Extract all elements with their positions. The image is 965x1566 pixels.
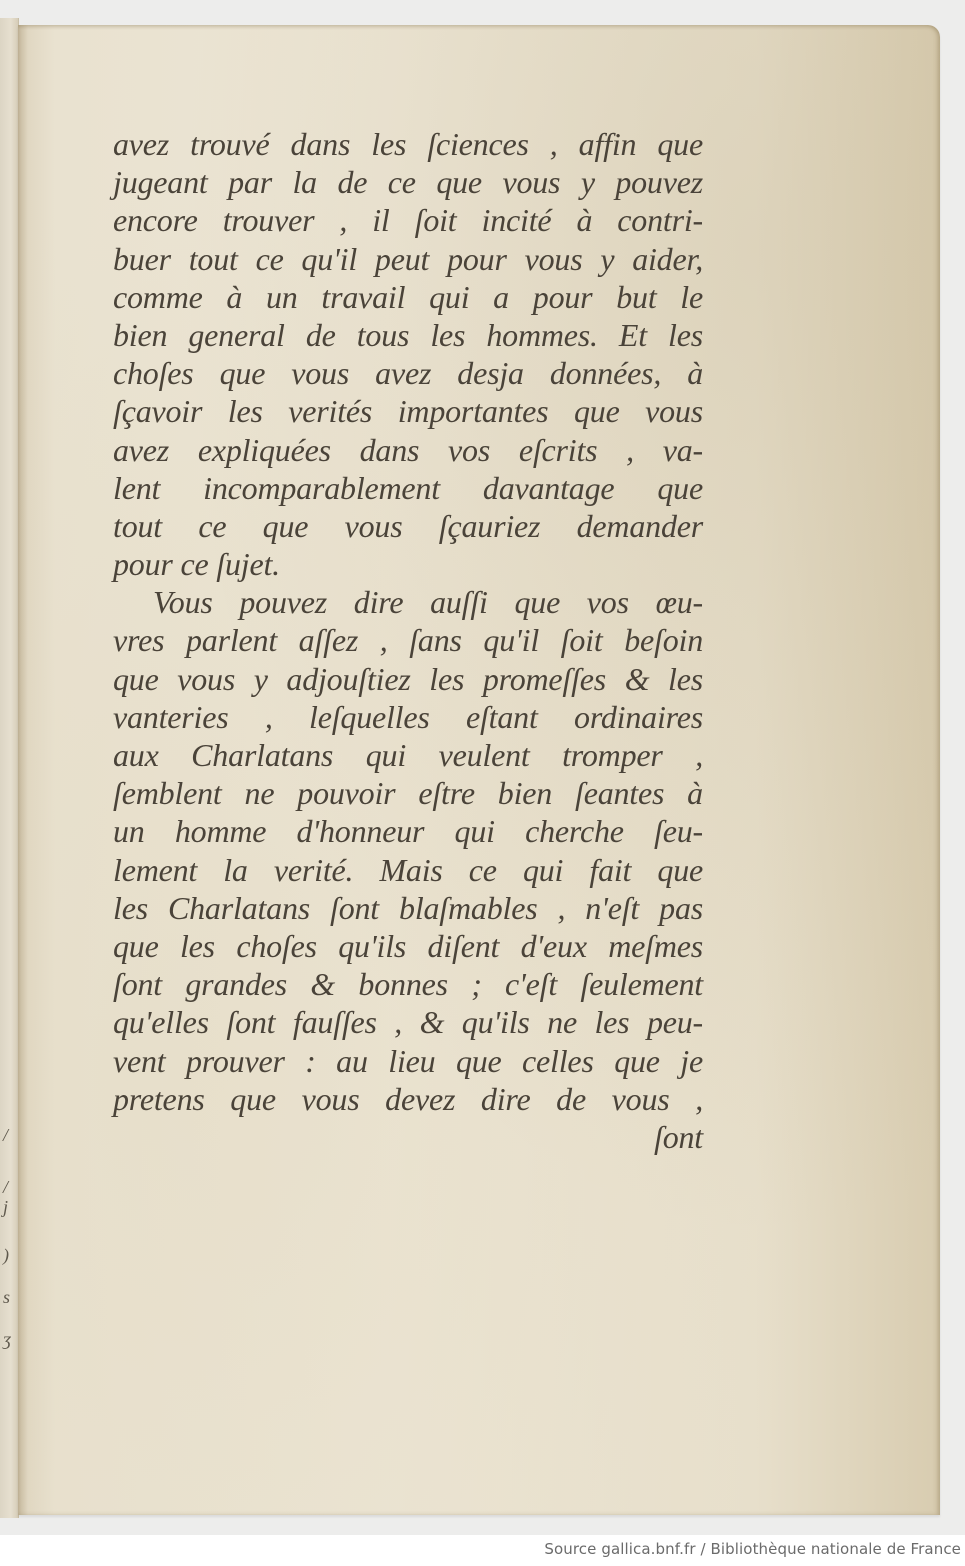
- footer: Source gallica.bnf.fr / Bibliothèque nat…: [0, 1535, 965, 1566]
- paragraph-2: Vous pouvez dire auſſi que vos œu- vres …: [113, 583, 703, 1118]
- text-line: lement la verité. Mais ce qui fait que: [113, 851, 703, 889]
- margin-mark: s: [3, 1288, 10, 1306]
- text-line: qu'elles ſont fauſſes , & qu'ils ne les …: [113, 1003, 703, 1041]
- text-line: choſes que vous avez desja données, à: [113, 354, 703, 392]
- margin-mark: ʒ: [3, 1330, 11, 1348]
- margin-mark: j: [3, 1198, 8, 1216]
- gutter-shadow: [18, 25, 28, 1515]
- text-line: encore trouver , il ſoit incité à contri…: [113, 201, 703, 239]
- book-page: avez trouvé dans les ſciences , affin qu…: [18, 25, 940, 1515]
- text-line: aux Charlatans qui veulent tromper ,: [113, 736, 703, 774]
- text-line: avez trouvé dans les ſciences , affin qu…: [113, 125, 703, 163]
- margin-mark: /: [3, 1178, 8, 1196]
- text-line: que les choſes qu'ils diſent d'eux meſme…: [113, 927, 703, 965]
- catchword: ſont: [113, 1118, 703, 1156]
- text-line: avez expliquées dans vos eſcrits , va-: [113, 431, 703, 469]
- text-line: tout ce que vous ſçauriez demander: [113, 507, 703, 545]
- text-line: vent prouver : au lieu que celles que je: [113, 1042, 703, 1080]
- text-line: que vous y adjouſtiez les promeſſes & le…: [113, 660, 703, 698]
- text-line: bien general de tous les hommes. Et les: [113, 316, 703, 354]
- text-line: vres parlent aſſez , ſans qu'il ſoit beſ…: [113, 621, 703, 659]
- paragraph-1: avez trouvé dans les ſciences , affin qu…: [113, 125, 703, 583]
- text-line: pour ce ſujet.: [113, 545, 703, 583]
- page-text: avez trouvé dans les ſciences , affin qu…: [113, 125, 703, 1156]
- text-line: Vous pouvez dire auſſi que vos œu-: [113, 583, 703, 621]
- source-attribution: Source gallica.bnf.fr / Bibliothèque nat…: [544, 1540, 961, 1558]
- text-line: les Charlatans ſont blaſmables , n'eſt p…: [113, 889, 703, 927]
- text-line: pretens que vous devez dire de vous ,: [113, 1080, 703, 1118]
- text-line: ſçavoir les verités importantes que vous: [113, 392, 703, 430]
- previous-page-edge: / / j ) s ʒ: [0, 18, 19, 1518]
- text-line: jugeant par la de ce que vous y pouvez: [113, 163, 703, 201]
- margin-mark: /: [3, 1126, 8, 1144]
- text-line: vanteries , leſquelles eſtant ordinaires: [113, 698, 703, 736]
- text-line: lent incomparablement davantage que: [113, 469, 703, 507]
- text-line: ſemblent ne pouvoir eſtre bien ſeantes à: [113, 774, 703, 812]
- margin-mark: ): [3, 1246, 9, 1264]
- text-line: comme à un travail qui a pour but le: [113, 278, 703, 316]
- text-line: ſont grandes & bonnes ; c'eſt ſeulement: [113, 965, 703, 1003]
- text-line: buer tout ce qu'il peut pour vous y aide…: [113, 240, 703, 278]
- scan-area: / / j ) s ʒ avez trouvé dans les ſcience…: [0, 0, 965, 1535]
- text-line: un homme d'honneur qui cherche ſeu-: [113, 812, 703, 850]
